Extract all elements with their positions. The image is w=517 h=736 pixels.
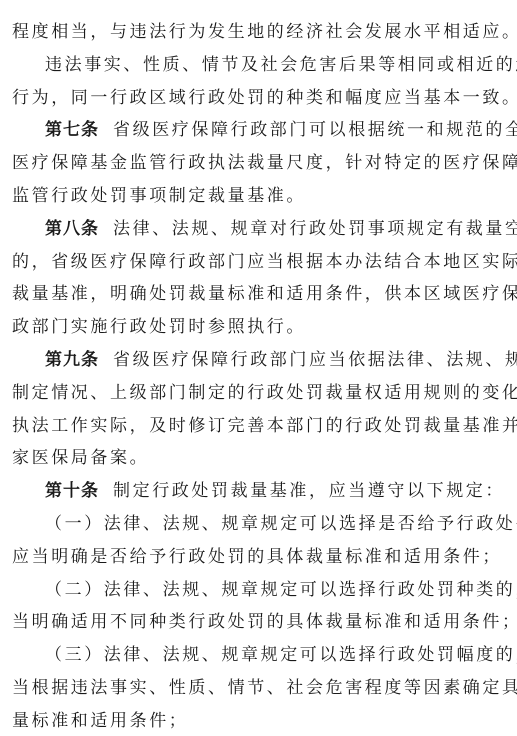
text-line: 程度相当，与违法行为发生地的经济社会发展水平相适应。 xyxy=(12,16,506,49)
text-line: （三）法律、法规、规章规定可以选择行政处罚幅度的，应 xyxy=(12,639,506,672)
article-heading: 第八条 xyxy=(45,219,99,239)
article-heading: 第九条 xyxy=(45,350,99,370)
text-line: 违法事实、性质、情节及社会危害后果等相同或相近的违法 xyxy=(12,49,506,82)
article-10-first-line: 第十条制定行政处罚裁量基准，应当遵守以下规定： xyxy=(12,475,506,508)
text-line: 法律、法规、规章对行政处罚事项规定有裁量空间 xyxy=(113,219,517,239)
text-line: 监管行政处罚事项制定裁量基准。 xyxy=(12,180,506,213)
article-heading: 第十条 xyxy=(45,481,99,501)
text-line: 当根据违法事实、性质、情节、社会危害程度等因素确定具体裁 xyxy=(12,672,506,705)
text-line: 制定情况、上级部门制定的行政处罚裁量权适用规则的变化以及 xyxy=(12,377,506,410)
article-9-first-line: 第九条省级医疗保障行政部门应当依据法律、法规、规章 xyxy=(12,344,506,377)
text-line: 省级医疗保障行政部门可以根据统一和规范的全国 xyxy=(113,120,517,140)
text-line: 医疗保障基金监管行政执法裁量尺度，针对特定的医疗保障基金 xyxy=(12,147,506,180)
text-line: 裁量基准，明确处罚裁量标准和适用条件，供本区域医疗保障行 xyxy=(12,278,506,311)
text-line: （二）法律、法规、规章规定可以选择行政处罚种类的，应 xyxy=(12,574,506,607)
text-line: 政部门实施行政处罚时参照执行。 xyxy=(12,311,506,344)
text-line: （一）法律、法规、规章规定可以选择是否给予行政处罚的， xyxy=(12,508,506,541)
text-line: 行为，同一行政区域行政处罚的种类和幅度应当基本一致。 xyxy=(12,82,506,115)
article-heading: 第七条 xyxy=(45,120,99,140)
text-line: 制定行政处罚裁量基准，应当遵守以下规定： xyxy=(113,481,505,501)
text-line: 量标准和适用条件； xyxy=(12,705,506,736)
document-page: 程度相当，与违法行为发生地的经济社会发展水平相适应。 违法事实、性质、情节及社会… xyxy=(12,16,506,736)
text-line: 的，省级医疗保障行政部门应当根据本办法结合本地区实际制定 xyxy=(12,246,506,279)
article-8-first-line: 第八条法律、法规、规章对行政处罚事项规定有裁量空间 xyxy=(12,213,506,246)
article-7-first-line: 第七条省级医疗保障行政部门可以根据统一和规范的全国 xyxy=(12,114,506,147)
text-line: 省级医疗保障行政部门应当依据法律、法规、规章 xyxy=(113,350,517,370)
text-line: 当明确适用不同种类行政处罚的具体裁量标准和适用条件； xyxy=(12,606,506,639)
text-line: 家医保局备案。 xyxy=(12,442,506,475)
text-line: 应当明确是否给予行政处罚的具体裁量标准和适用条件； xyxy=(12,541,506,574)
text-line: 执法工作实际，及时修订完善本部门的行政处罚裁量基准并向国 xyxy=(12,410,506,443)
